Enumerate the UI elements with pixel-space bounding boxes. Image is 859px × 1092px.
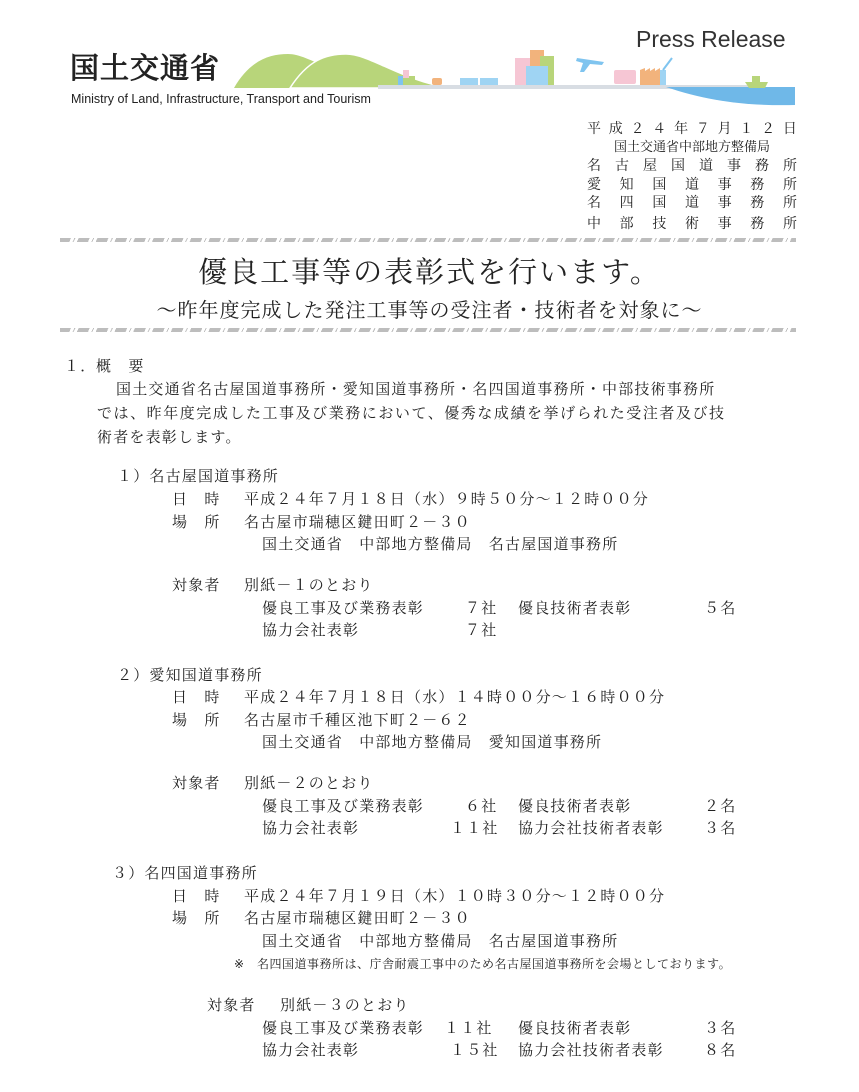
award-count: ３名 [704, 1017, 736, 1038]
award-count: ３名 [704, 817, 736, 838]
divider-top [60, 238, 796, 242]
page-subtitle: ～昨年度完成した発注工事等の受注者・技術者を対象に～ [0, 294, 859, 323]
target-value: 別紙－３のとおり [280, 994, 410, 1015]
event-heading: ２）愛知国道事務所 [117, 664, 263, 685]
sea-shape [666, 87, 795, 105]
award-count: ８名 [704, 1039, 736, 1060]
event-heading: １）名古屋国道事務所 [117, 465, 279, 486]
award-count: ６社 [465, 795, 497, 816]
award-name: 優良工事及び業務表彰 [262, 795, 424, 816]
building-icon [526, 66, 548, 85]
summary-line: では、昨年度完成した工事及び業務において、優秀な成績を挙げられた受注者及び技 [97, 402, 726, 423]
person-icon [409, 76, 415, 85]
event-venue: 国土交通省 中部地方整備局 愛知国道事務所 [262, 731, 602, 752]
divider-bottom [60, 328, 796, 332]
issue-date: 平成２４年７月１２日 [587, 120, 797, 139]
person-icon [398, 76, 403, 85]
award-name: 優良工事及び業務表彰 [262, 597, 424, 618]
target-label: 対象者 [172, 574, 221, 595]
event-place: 名古屋市千種区池下町２－６２ [244, 709, 471, 730]
issuer-office: 名古屋国道事務所 [587, 157, 797, 176]
date-label: 日 時 [172, 488, 221, 509]
target-value: 別紙－２のとおり [244, 772, 374, 793]
award-count: １１社 [444, 1017, 493, 1038]
ministry-logo-jp: 国土交通省 [70, 46, 220, 87]
award-name: 優良技術者表彰 [518, 795, 631, 816]
date-label: 日 時 [172, 686, 221, 707]
award-name: 優良工事及び業務表彰 [262, 1017, 424, 1038]
event-place: 名古屋市瑞穂区鍵田町２－３０ [244, 511, 471, 532]
summary-line: 術者を表彰します。 [97, 426, 242, 447]
award-count: ５名 [704, 597, 736, 618]
train-icon [460, 78, 478, 85]
issuer-office: 愛知国道事務所 [587, 176, 797, 195]
issuer-block: 平成２４年７月１２日 国土交通省中部地方整備局 名古屋国道事務所 愛知国道事務所… [587, 120, 797, 233]
page-title: 優良工事等の表彰式を行います。 [0, 250, 859, 291]
event-venue: 国土交通省 中部地方整備局 名古屋国道事務所 [262, 930, 618, 951]
award-name: 協力会社表彰 [262, 817, 359, 838]
award-count: ２名 [704, 795, 736, 816]
place-label: 場 所 [172, 709, 221, 730]
header-landscape-illustration [230, 40, 800, 110]
award-name: 協力会社技術者表彰 [518, 817, 664, 838]
issuer-office: 名四国道事務所 [587, 194, 797, 213]
award-name: 協力会社表彰 [262, 619, 359, 640]
award-count: １１社 [450, 817, 499, 838]
issuer-office: 中部技術事務所 [587, 215, 797, 234]
award-name: 優良技術者表彰 [518, 597, 631, 618]
venue-note: ※ 名四国道事務所は、庁舎耐震工事中のため名古屋国道事務所を会場としております。 [234, 955, 731, 972]
summary-line: 国土交通省名古屋国道事務所・愛知国道事務所・名四国道事務所・中部技術事務所 [116, 378, 715, 399]
event-date: 平成２４年７月１８日（水）１４時００分～１６時００分 [244, 686, 665, 707]
award-name: 優良技術者表彰 [518, 1017, 631, 1038]
target-value: 別紙－１のとおり [244, 574, 374, 595]
award-count: ７社 [465, 619, 497, 640]
section-heading-number: １． [64, 355, 96, 376]
airplane-icon [576, 58, 604, 72]
factory-icon [640, 68, 660, 85]
event-date: 平成２４年７月１８日（水）９時５０分～１２時００分 [244, 488, 649, 509]
target-label: 対象者 [207, 994, 256, 1015]
place-label: 場 所 [172, 907, 221, 928]
hill-icon [290, 54, 450, 88]
target-label: 対象者 [172, 772, 221, 793]
award-name: 協力会社技術者表彰 [518, 1039, 664, 1060]
date-label: 日 時 [172, 885, 221, 906]
event-date: 平成２４年７月１９日（木）１０時３０分～１２時００分 [244, 885, 665, 906]
place-label: 場 所 [172, 511, 221, 532]
truck-icon [614, 70, 636, 84]
event-place: 名古屋市瑞穂区鍵田町２－３０ [244, 907, 471, 928]
event-heading: ３）名四国道事務所 [112, 862, 258, 883]
issuer-bureau: 国土交通省中部地方整備局 [587, 139, 797, 158]
section-heading: 概 要 [96, 355, 145, 376]
person-icon [403, 70, 409, 78]
event-venue: 国土交通省 中部地方整備局 名古屋国道事務所 [262, 533, 618, 554]
award-count: ７社 [465, 597, 497, 618]
award-name: 協力会社表彰 [262, 1039, 359, 1060]
ship-icon [745, 82, 768, 88]
car-icon [432, 78, 442, 85]
award-count: １５社 [450, 1039, 499, 1060]
crane-icon [660, 70, 666, 85]
train-icon [480, 78, 498, 85]
